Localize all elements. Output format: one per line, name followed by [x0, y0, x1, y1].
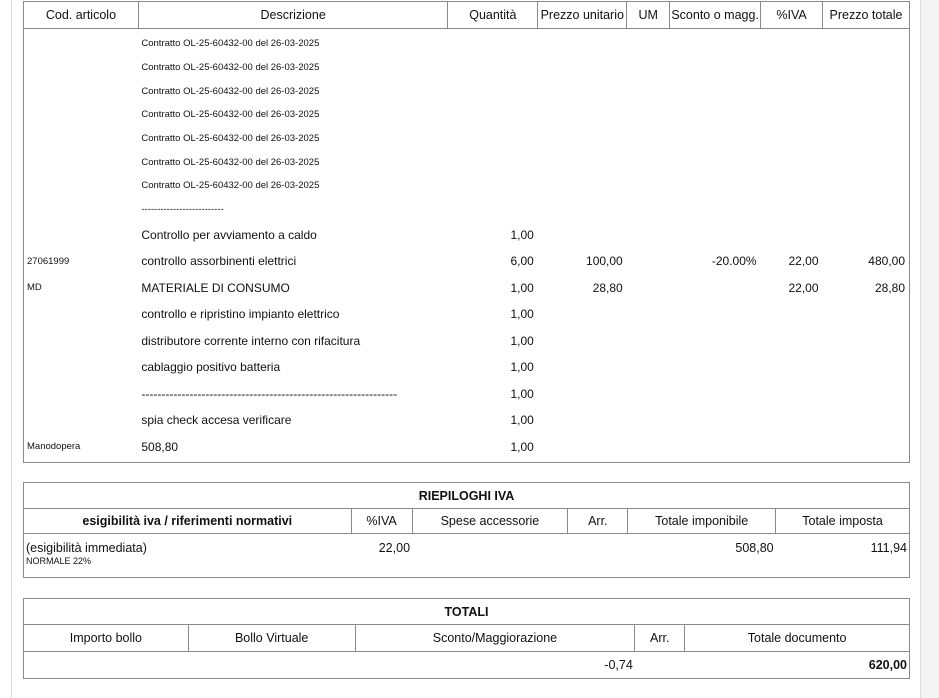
- item-description: --------------------------: [138, 198, 448, 222]
- item-description: MATERIALE DI CONSUMO: [138, 275, 448, 302]
- header-tax-total: Totale imposta: [776, 509, 910, 534]
- item-unit-price: 28,80: [538, 275, 627, 302]
- discount-surcharge-value: -0,74: [355, 652, 635, 679]
- table-row: spia check accesa verificare1,00: [24, 407, 910, 434]
- item-quantity: [448, 150, 538, 174]
- header-total-price: Prezzo totale: [823, 2, 910, 29]
- item-quantity: 1,00: [448, 275, 538, 302]
- item-quantity: 1,00: [448, 222, 538, 249]
- header-document-total: Totale documento: [685, 625, 910, 652]
- item-unit-price: [538, 328, 627, 355]
- item-unit-price: [538, 198, 627, 222]
- item-unit-price: [538, 434, 627, 463]
- vat-summary-title: RIEPILOGHI IVA: [24, 483, 910, 509]
- item-quantity: 1,00: [448, 434, 538, 463]
- item-code: [24, 354, 139, 381]
- header-totals-rounding: Arr.: [635, 625, 685, 652]
- item-unit-price: [538, 150, 627, 174]
- item-discount: [670, 434, 761, 463]
- item-total-price: 28,80: [823, 275, 910, 302]
- item-total-price: [823, 328, 910, 355]
- scrollbar-track[interactable]: [920, 0, 939, 698]
- item-quantity: 1,00: [448, 354, 538, 381]
- item-description: Controllo per avviamento a caldo: [138, 222, 448, 249]
- item-unit-price: 100,00: [538, 248, 627, 275]
- table-row: ----------------------------------------…: [24, 381, 910, 408]
- item-quantity: 1,00: [448, 407, 538, 434]
- item-vat: [761, 103, 823, 127]
- item-code: [24, 198, 139, 222]
- item-description: Contratto OL-25-60432-00 del 26-03-2025: [138, 127, 448, 151]
- item-total-price: [823, 222, 910, 249]
- item-description: Contratto OL-25-60432-00 del 26-03-2025: [138, 56, 448, 80]
- item-vat: [761, 407, 823, 434]
- item-total-price: [823, 127, 910, 151]
- totals-header-row: Importo bollo Bollo Virtuale Sconto/Magg…: [24, 625, 910, 652]
- item-um: [627, 56, 670, 80]
- table-row: Contratto OL-25-60432-00 del 26-03-2025: [24, 150, 910, 174]
- item-quantity: 1,00: [448, 328, 538, 355]
- item-vat: [761, 127, 823, 151]
- document-total-value: 620,00: [685, 652, 910, 679]
- table-row: MDMATERIALE DI CONSUMO1,0028,8022,0028,8…: [24, 275, 910, 302]
- header-esigibilita: esigibilità iva / riferimenti normativi: [24, 509, 352, 534]
- vat-rate-value: 22,00: [351, 534, 412, 578]
- item-discount: [670, 103, 761, 127]
- header-stamp-amount: Importo bollo: [24, 625, 189, 652]
- item-code: MD: [24, 275, 139, 302]
- item-total-price: [823, 301, 910, 328]
- item-unit-price: [538, 222, 627, 249]
- item-vat: [761, 56, 823, 80]
- accessory-costs-value: [412, 534, 568, 578]
- item-um: [627, 248, 670, 275]
- item-um: [627, 328, 670, 355]
- header-um: UM: [627, 2, 670, 29]
- item-description: 508,80: [138, 434, 448, 463]
- item-discount: [670, 354, 761, 381]
- item-quantity: 1,00: [448, 301, 538, 328]
- table-row: Manodopera508,801,00: [24, 434, 910, 463]
- item-total-price: 480,00: [823, 248, 910, 275]
- items-header-row: Cod. articolo Descrizione Quantità Prezz…: [24, 2, 910, 29]
- item-unit-price: [538, 29, 627, 56]
- item-vat: [761, 328, 823, 355]
- header-vat: %IVA: [761, 2, 823, 29]
- header-discount-surcharge: Sconto/Maggiorazione: [355, 625, 635, 652]
- item-unit-price: [538, 174, 627, 198]
- item-description: distributore corrente interno con rifaci…: [138, 328, 448, 355]
- item-um: [627, 79, 670, 103]
- header-code: Cod. articolo: [24, 2, 139, 29]
- item-discount: [670, 56, 761, 80]
- item-total-price: [823, 381, 910, 408]
- header-virtual-stamp: Bollo Virtuale: [188, 625, 355, 652]
- item-code: [24, 127, 139, 151]
- item-vat: [761, 381, 823, 408]
- item-total-price: [823, 150, 910, 174]
- table-row: Contratto OL-25-60432-00 del 26-03-2025: [24, 79, 910, 103]
- item-discount: [670, 407, 761, 434]
- item-um: [627, 275, 670, 302]
- item-unit-price: [538, 56, 627, 80]
- item-quantity: [448, 29, 538, 56]
- item-unit-price: [538, 103, 627, 127]
- item-um: [627, 150, 670, 174]
- item-discount: [670, 127, 761, 151]
- item-unit-price: [538, 407, 627, 434]
- item-discount: [670, 174, 761, 198]
- item-description: ----------------------------------------…: [138, 381, 448, 408]
- item-total-price: [823, 103, 910, 127]
- item-vat: 22,00: [761, 248, 823, 275]
- item-um: [627, 381, 670, 408]
- item-description: Contratto OL-25-60432-00 del 26-03-2025: [138, 103, 448, 127]
- item-code: [24, 56, 139, 80]
- item-code: [24, 301, 139, 328]
- item-um: [627, 407, 670, 434]
- item-quantity: [448, 56, 538, 80]
- rounding-value: [568, 534, 628, 578]
- item-description: Contratto OL-25-60432-00 del 26-03-2025: [138, 174, 448, 198]
- header-description: Descrizione: [138, 2, 448, 29]
- item-vat: [761, 198, 823, 222]
- item-code: [24, 29, 139, 56]
- item-description: Contratto OL-25-60432-00 del 26-03-2025: [138, 79, 448, 103]
- item-code: [24, 174, 139, 198]
- virtual-stamp-value: [188, 652, 355, 679]
- vat-summary-row: (esigibilità immediata) NORMALE 22% 22,0…: [24, 534, 910, 578]
- item-total-price: [823, 407, 910, 434]
- item-um: [627, 301, 670, 328]
- item-total-price: [823, 354, 910, 381]
- vat-summary-header-row: esigibilità iva / riferimenti normativi …: [24, 509, 910, 534]
- totals-row: -0,74 620,00: [24, 652, 910, 679]
- item-vat: [761, 222, 823, 249]
- esigibilita-text: (esigibilità immediata): [26, 534, 351, 555]
- item-unit-price: [538, 79, 627, 103]
- items-body: Contratto OL-25-60432-00 del 26-03-2025C…: [24, 29, 910, 463]
- item-discount: [670, 275, 761, 302]
- item-quantity: [448, 174, 538, 198]
- item-total-price: [823, 434, 910, 463]
- item-code: 27061999: [24, 248, 139, 275]
- item-unit-price: [538, 354, 627, 381]
- item-description: controllo e ripristino impianto elettric…: [138, 301, 448, 328]
- item-code: [24, 328, 139, 355]
- item-quantity: [448, 127, 538, 151]
- item-discount: [670, 328, 761, 355]
- item-um: [627, 29, 670, 56]
- table-row: cablaggio positivo batteria1,00: [24, 354, 910, 381]
- item-code: [24, 103, 139, 127]
- item-code: [24, 381, 139, 408]
- item-total-price: [823, 29, 910, 56]
- table-row: Contratto OL-25-60432-00 del 26-03-2025: [24, 127, 910, 151]
- header-taxable-total: Totale imponibile: [628, 509, 776, 534]
- stamp-amount-value: [24, 652, 189, 679]
- item-total-price: [823, 56, 910, 80]
- item-um: [627, 127, 670, 151]
- table-row: Contratto OL-25-60432-00 del 26-03-2025: [24, 174, 910, 198]
- table-row: --------------------------: [24, 198, 910, 222]
- item-vat: 22,00: [761, 275, 823, 302]
- totals-rounding-value: [635, 652, 685, 679]
- table-row: Contratto OL-25-60432-00 del 26-03-2025: [24, 29, 910, 56]
- item-vat: [761, 150, 823, 174]
- header-discount: Sconto o magg.: [670, 2, 761, 29]
- item-total-price: [823, 79, 910, 103]
- header-unit-price: Prezzo unitario: [538, 2, 627, 29]
- item-discount: [670, 198, 761, 222]
- header-vat-rate: %IVA: [351, 509, 412, 534]
- item-unit-price: [538, 381, 627, 408]
- table-row: controllo e ripristino impianto elettric…: [24, 301, 910, 328]
- header-rounding: Arr.: [568, 509, 628, 534]
- item-um: [627, 103, 670, 127]
- item-vat: [761, 434, 823, 463]
- item-quantity: [448, 79, 538, 103]
- item-quantity: [448, 103, 538, 127]
- table-row: 27061999controllo assorbinenti elettrici…: [24, 248, 910, 275]
- item-code: [24, 222, 139, 249]
- table-row: Contratto OL-25-60432-00 del 26-03-2025: [24, 56, 910, 80]
- item-vat: [761, 79, 823, 103]
- item-um: [627, 434, 670, 463]
- item-quantity: [448, 198, 538, 222]
- item-discount: -20.00%: [670, 248, 761, 275]
- item-code: [24, 79, 139, 103]
- items-table: Cod. articolo Descrizione Quantità Prezz…: [23, 1, 910, 463]
- table-row: Controllo per avviamento a caldo1,00: [24, 222, 910, 249]
- header-accessory-costs: Spese accessorie: [412, 509, 568, 534]
- taxable-total-value: 508,80: [628, 534, 776, 578]
- item-discount: [670, 301, 761, 328]
- tax-total-value: 111,94: [776, 534, 910, 578]
- normative-reference: NORMALE 22%: [26, 556, 351, 566]
- table-row: distributore corrente interno con rifaci…: [24, 328, 910, 355]
- item-discount: [670, 79, 761, 103]
- esigibilita-cell: (esigibilità immediata) NORMALE 22%: [24, 534, 352, 578]
- item-unit-price: [538, 301, 627, 328]
- totals-table: TOTALI Importo bollo Bollo Virtuale Scon…: [23, 598, 910, 679]
- item-vat: [761, 29, 823, 56]
- totals-title: TOTALI: [24, 599, 910, 625]
- item-code: [24, 407, 139, 434]
- item-description: Contratto OL-25-60432-00 del 26-03-2025: [138, 29, 448, 56]
- item-discount: [670, 222, 761, 249]
- item-description: spia check accesa verificare: [138, 407, 448, 434]
- item-vat: [761, 301, 823, 328]
- item-code: Manodopera: [24, 434, 139, 463]
- item-um: [627, 174, 670, 198]
- item-description: cablaggio positivo batteria: [138, 354, 448, 381]
- vat-summary-table: RIEPILOGHI IVA esigibilità iva / riferim…: [23, 482, 910, 578]
- item-description: Contratto OL-25-60432-00 del 26-03-2025: [138, 150, 448, 174]
- item-discount: [670, 29, 761, 56]
- item-discount: [670, 381, 761, 408]
- table-row: Contratto OL-25-60432-00 del 26-03-2025: [24, 103, 910, 127]
- item-total-price: [823, 174, 910, 198]
- item-vat: [761, 174, 823, 198]
- item-unit-price: [538, 127, 627, 151]
- item-total-price: [823, 198, 910, 222]
- item-code: [24, 150, 139, 174]
- item-discount: [670, 150, 761, 174]
- item-quantity: 1,00: [448, 381, 538, 408]
- item-um: [627, 222, 670, 249]
- item-description: controllo assorbinenti elettrici: [138, 248, 448, 275]
- page-left-edge: [11, 0, 12, 698]
- header-quantity: Quantità: [448, 2, 538, 29]
- item-um: [627, 198, 670, 222]
- item-um: [627, 354, 670, 381]
- item-vat: [761, 354, 823, 381]
- item-quantity: 6,00: [448, 248, 538, 275]
